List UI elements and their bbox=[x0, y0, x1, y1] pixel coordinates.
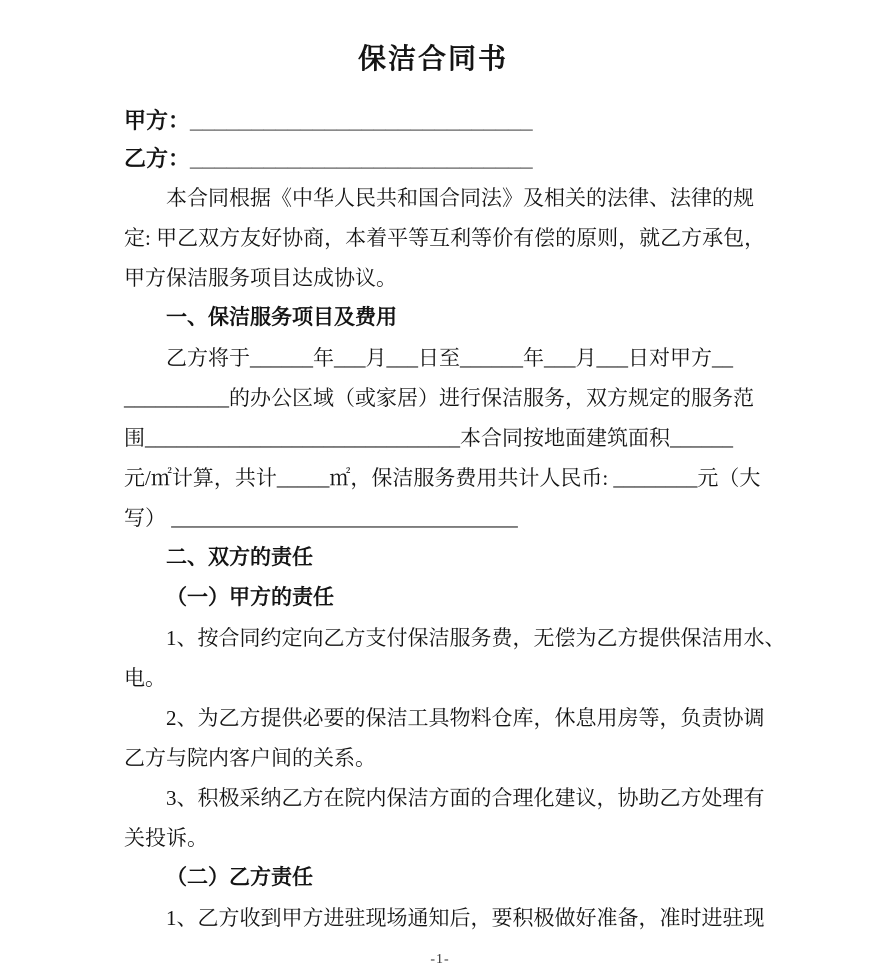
section-1-heading: 一、保洁服务项目及费用 bbox=[124, 298, 760, 338]
party-a-blank: ____________________________ bbox=[190, 102, 533, 140]
section-1-line-2: __________的办公区域（或家居）进行保洁服务，双方规定的服务范 bbox=[124, 378, 760, 418]
page-number: -1- bbox=[0, 952, 880, 968]
part-a-item-2-line-1: 2、为乙方提供必要的保洁工具物料仓库，休息用房等，负责协调 bbox=[124, 698, 760, 738]
party-b-label: 乙方： bbox=[124, 140, 190, 178]
part-a-item-1-line-1: 1、按合同约定向乙方支付保洁服务费，无偿为乙方提供保洁用水、 bbox=[124, 618, 760, 658]
party-a-label: 甲方： bbox=[124, 102, 190, 140]
intro-line-2: 定: 甲乙双方友好协商，本着平等互利等价有偿的原则，就乙方承包， bbox=[124, 218, 760, 258]
intro-line-3: 甲方保洁服务项目达成协议。 bbox=[124, 258, 760, 298]
document-title: 保洁合同书 bbox=[124, 42, 742, 76]
part-a-item-2-line-2: 乙方与院内客户间的关系。 bbox=[124, 738, 760, 778]
intro-line-1: 本合同根据《中华人民共和国合同法》及相关的法律、法律的规 bbox=[124, 178, 760, 218]
section-1-line-5: 写） _________________________________ bbox=[124, 498, 760, 538]
party-b-blank: ____________________________ bbox=[190, 140, 533, 178]
part-b-item-1-line-1: 1、乙方收到甲方进驻现场通知后，要积极做好准备，准时进驻现 bbox=[124, 898, 760, 938]
contract-document-page: 保洁合同书 甲方：____________________________ 乙方… bbox=[0, 0, 880, 974]
section-2-heading: 二、双方的责任 bbox=[124, 538, 760, 578]
section-2-part-b-heading: （二）乙方责任 bbox=[124, 858, 760, 898]
section-2-part-a-heading: （一）甲方的责任 bbox=[124, 578, 760, 618]
party-a-line: 甲方：____________________________ bbox=[124, 102, 760, 140]
section-1-line-4: 元/㎡计算，共计_____㎡，保洁服务费用共计人民币: ________元（大 bbox=[124, 458, 760, 498]
section-1-line-1: 乙方将于______年___月___日至______年___月___日对甲方__ bbox=[124, 338, 760, 378]
party-b-line: 乙方：____________________________ bbox=[124, 140, 760, 178]
part-a-item-3-line-1: 3、积极采纳乙方在院内保洁方面的合理化建议，协助乙方处理有 bbox=[124, 778, 760, 818]
part-a-item-1-line-2: 电。 bbox=[124, 658, 760, 698]
part-a-item-3-line-2: 关投诉。 bbox=[124, 818, 760, 858]
section-1-line-3: 围______________________________本合同按地面建筑面… bbox=[124, 418, 760, 458]
